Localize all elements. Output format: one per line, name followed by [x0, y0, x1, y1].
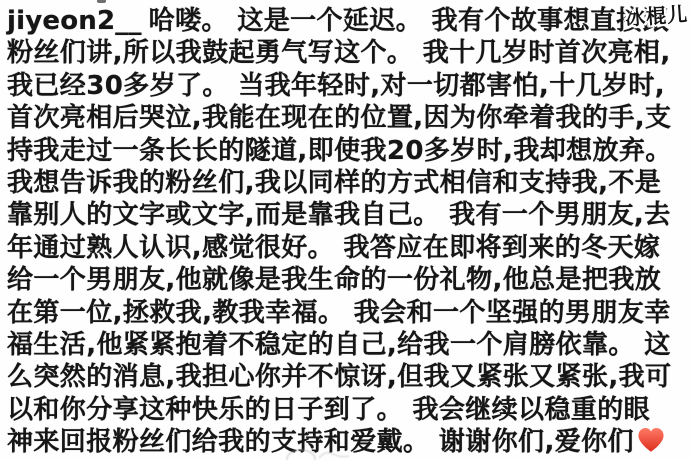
post-line-6: 我想告诉我的粉丝们,我以同样的方式相信和支持我,不是 — [7, 167, 687, 199]
faint-watermark-remnant — [283, 445, 353, 460]
post-line-1: jiyeon2__哈喽。 这是一个延迟。 我有个故事想直接跟 — [7, 5, 687, 37]
post-body: jiyeon2__哈喽。 这是一个延迟。 我有个故事想直接跟 粉丝们讲,所以我鼓… — [7, 5, 687, 459]
post-line-11: 福生活,他紧紧抱着不稳定的自己,给我一个肩膀依靠。 这 — [7, 329, 687, 361]
post-line-4: 首次亮相后哭泣,我能在现在的位置,因为你牵着我的手,支 — [7, 102, 687, 134]
watermark-top-right: 冰棍儿 — [624, 0, 689, 31]
cropped-text-fragment — [97, 0, 106, 3]
post-line-8: 年通过熟人认识,感觉很好。 我答应在即将到来的冬天嫁 — [7, 232, 687, 264]
post-line-3: 我已经30多岁了。 当我年轻时,对一切都害怕,十几岁时, — [7, 70, 687, 102]
post-line-2: 粉丝们讲,所以我鼓起勇气写这个。 我十几岁时首次亮相, — [7, 37, 687, 69]
post-line-10: 在第一位,拯救我,教我幸福。 我会和一个坚强的男朋友幸 — [7, 297, 687, 329]
post-line-12: 么突然的消息,我担心你并不惊讶,但我又紧张又紧张,我可 — [7, 361, 687, 393]
post-line-1-text: 哈喽。 这是一个延迟。 我有个故事想直接跟 — [149, 6, 670, 36]
post-screenshot: 冰棍儿 jiyeon2__哈喽。 这是一个延迟。 我有个故事想直接跟 粉丝们讲,… — [0, 0, 690, 460]
username: jiyeon2__ — [7, 6, 142, 36]
red-heart-icon — [637, 427, 665, 453]
post-line-5: 持我走过一条长长的隧道,即使我20多岁时,我却想放弃。 — [7, 135, 687, 167]
post-line-13: 以和你分享这种快乐的日子到了。 我会继续以稳重的眼 — [7, 394, 687, 426]
post-line-7: 靠别人的文字或文字,而是靠我自己。 我有一个男朋友,去 — [7, 199, 687, 231]
post-line-9: 给一个男朋友,他就像是我生命的一份礼物,他总是把我放 — [7, 264, 687, 296]
